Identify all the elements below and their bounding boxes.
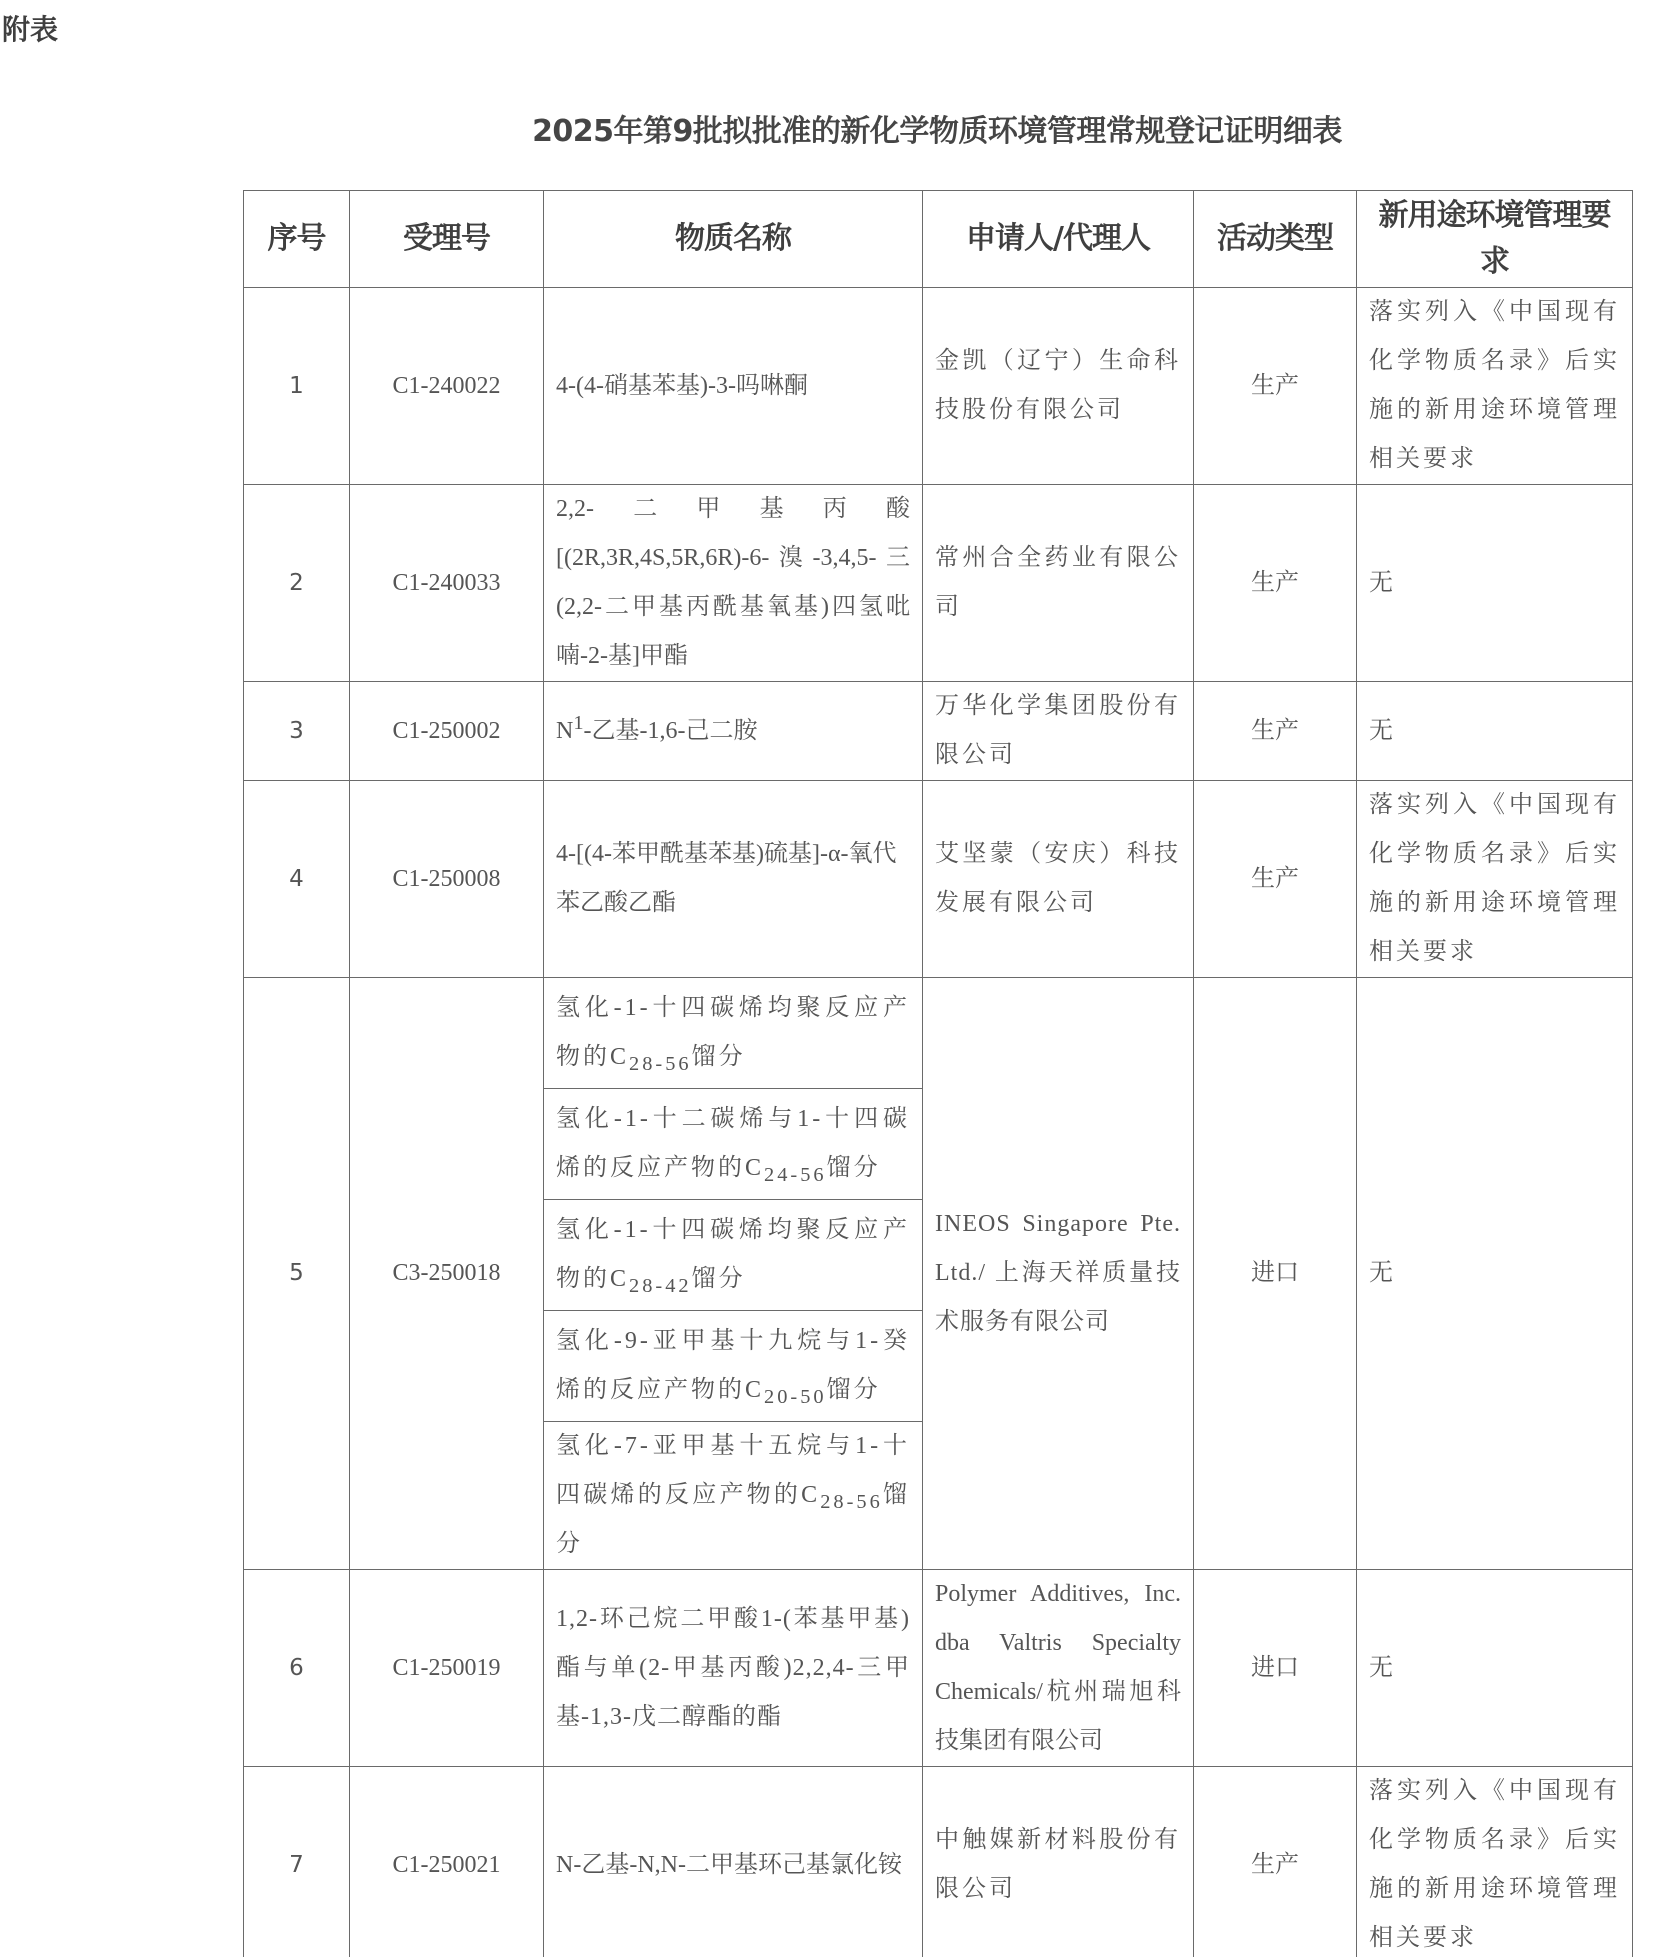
cell-applicant: 艾坚蒙（安庆）科技发展有限公司 xyxy=(923,781,1194,978)
appendix-label: 附表 xyxy=(2,8,58,48)
cell-activity: 生产 xyxy=(1194,485,1357,682)
table-row: 4 C1-250008 4-[(4-苯甲酰基苯基)硫基]-α-氧代苯乙酸乙酯 艾… xyxy=(244,781,1633,978)
cell-seq: 1 xyxy=(244,288,350,485)
cell-substance: 氢化-1-十四碳烯均聚反应产物的C28-42馏分 xyxy=(544,1200,923,1311)
cell-accept-no: C3-250018 xyxy=(350,978,544,1570)
cell-requirement: 无 xyxy=(1357,485,1633,682)
cell-substance: 氢化-1-十四碳烯均聚反应产物的C28-56馏分 xyxy=(544,978,923,1089)
cell-requirement: 落实列入《中国现有化学物质名录》后实施的新用途环境管理相关要求 xyxy=(1357,288,1633,485)
table-header-row: 序号 受理号 物质名称 申请人/代理人 活动类型 新用途环境管理要求 xyxy=(244,191,1633,288)
table-row: 7 C1-250021 N-乙基-N,N-二甲基环己基氯化铵 中触媒新材料股份有… xyxy=(244,1767,1633,1957)
cell-applicant: 常州合全药业有限公司 xyxy=(923,485,1194,682)
cell-accept-no: C1-250019 xyxy=(350,1570,544,1767)
cell-requirement: 无 xyxy=(1357,978,1633,1570)
cell-requirement: 落实列入《中国现有化学物质名录》后实施的新用途环境管理相关要求 xyxy=(1357,781,1633,978)
cell-accept-no: C1-250021 xyxy=(350,1767,544,1957)
cell-activity: 进口 xyxy=(1194,1570,1357,1767)
cell-applicant: 中触媒新材料股份有限公司 xyxy=(923,1767,1194,1957)
header-applicant: 申请人/代理人 xyxy=(923,191,1194,288)
cell-seq: 2 xyxy=(244,485,350,682)
cell-substance: 4-[(4-苯甲酰基苯基)硫基]-α-氧代苯乙酸乙酯 xyxy=(544,781,923,978)
cell-substance: 4-(4-硝基苯基)-3-吗啉酮 xyxy=(544,288,923,485)
cell-substance: 2,2-二甲基丙酸[(2R,3R,4S,5R,6R)-6-溴-3,4,5-三(2… xyxy=(544,485,923,682)
cell-seq: 3 xyxy=(244,682,350,781)
cell-activity: 生产 xyxy=(1194,682,1357,781)
header-activity: 活动类型 xyxy=(1194,191,1357,288)
table-row: 2 C1-240033 2,2-二甲基丙酸[(2R,3R,4S,5R,6R)-6… xyxy=(244,485,1633,682)
cell-substance: 氢化-7-亚甲基十五烷与1-十四碳烯的反应产物的C28-56馏分 xyxy=(544,1422,923,1570)
cell-seq: 7 xyxy=(244,1767,350,1957)
cell-accept-no: C1-240022 xyxy=(350,288,544,485)
cell-applicant: INEOS Singapore Pte. Ltd./ 上海天祥质量技术服务有限公… xyxy=(923,978,1194,1570)
cell-accept-no: C1-240033 xyxy=(350,485,544,682)
cell-substance: 1,2-环己烷二甲酸1-(苯基甲基)酯与单(2-甲基丙酸)2,2,4-三甲基-1… xyxy=(544,1570,923,1767)
cell-applicant: Polymer Additives, Inc. dba Valtris Spec… xyxy=(923,1570,1194,1767)
cell-substance: 氢化-1-十二碳烯与1-十四碳烯的反应产物的C24-56馏分 xyxy=(544,1089,923,1200)
cell-activity: 进口 xyxy=(1194,978,1357,1570)
header-accept-no: 受理号 xyxy=(350,191,544,288)
page-title: 2025年第9批拟批准的新化学物质环境管理常规登记证明细表 xyxy=(243,106,1631,150)
table-row: 6 C1-250019 1,2-环己烷二甲酸1-(苯基甲基)酯与单(2-甲基丙酸… xyxy=(244,1570,1633,1767)
cell-applicant: 金凯（辽宁）生命科技股份有限公司 xyxy=(923,288,1194,485)
header-seq: 序号 xyxy=(244,191,350,288)
registration-table: 序号 受理号 物质名称 申请人/代理人 活动类型 新用途环境管理要求 1 C1-… xyxy=(243,190,1633,1957)
cell-substance: 氢化-9-亚甲基十九烷与1-癸烯的反应产物的C20-50馏分 xyxy=(544,1311,923,1422)
table-row: 3 C1-250002 N1-乙基-1,6-己二胺 万华化学集团股份有限公司 生… xyxy=(244,682,1633,781)
cell-requirement: 无 xyxy=(1357,682,1633,781)
cell-seq: 6 xyxy=(244,1570,350,1767)
header-requirement: 新用途环境管理要求 xyxy=(1357,191,1633,288)
cell-activity: 生产 xyxy=(1194,1767,1357,1957)
cell-requirement: 无 xyxy=(1357,1570,1633,1767)
cell-substance: N-乙基-N,N-二甲基环己基氯化铵 xyxy=(544,1767,923,1957)
header-substance: 物质名称 xyxy=(544,191,923,288)
cell-accept-no: C1-250002 xyxy=(350,682,544,781)
cell-requirement: 落实列入《中国现有化学物质名录》后实施的新用途环境管理相关要求 xyxy=(1357,1767,1633,1957)
cell-activity: 生产 xyxy=(1194,781,1357,978)
cell-substance: N1-乙基-1,6-己二胺 xyxy=(544,682,923,781)
table-row: 1 C1-240022 4-(4-硝基苯基)-3-吗啉酮 金凯（辽宁）生命科技股… xyxy=(244,288,1633,485)
cell-accept-no: C1-250008 xyxy=(350,781,544,978)
table-row: 5 C3-250018 氢化-1-十四碳烯均聚反应产物的C28-56馏分 INE… xyxy=(244,978,1633,1089)
cell-seq: 5 xyxy=(244,978,350,1570)
cell-applicant: 万华化学集团股份有限公司 xyxy=(923,682,1194,781)
cell-activity: 生产 xyxy=(1194,288,1357,485)
cell-seq: 4 xyxy=(244,781,350,978)
